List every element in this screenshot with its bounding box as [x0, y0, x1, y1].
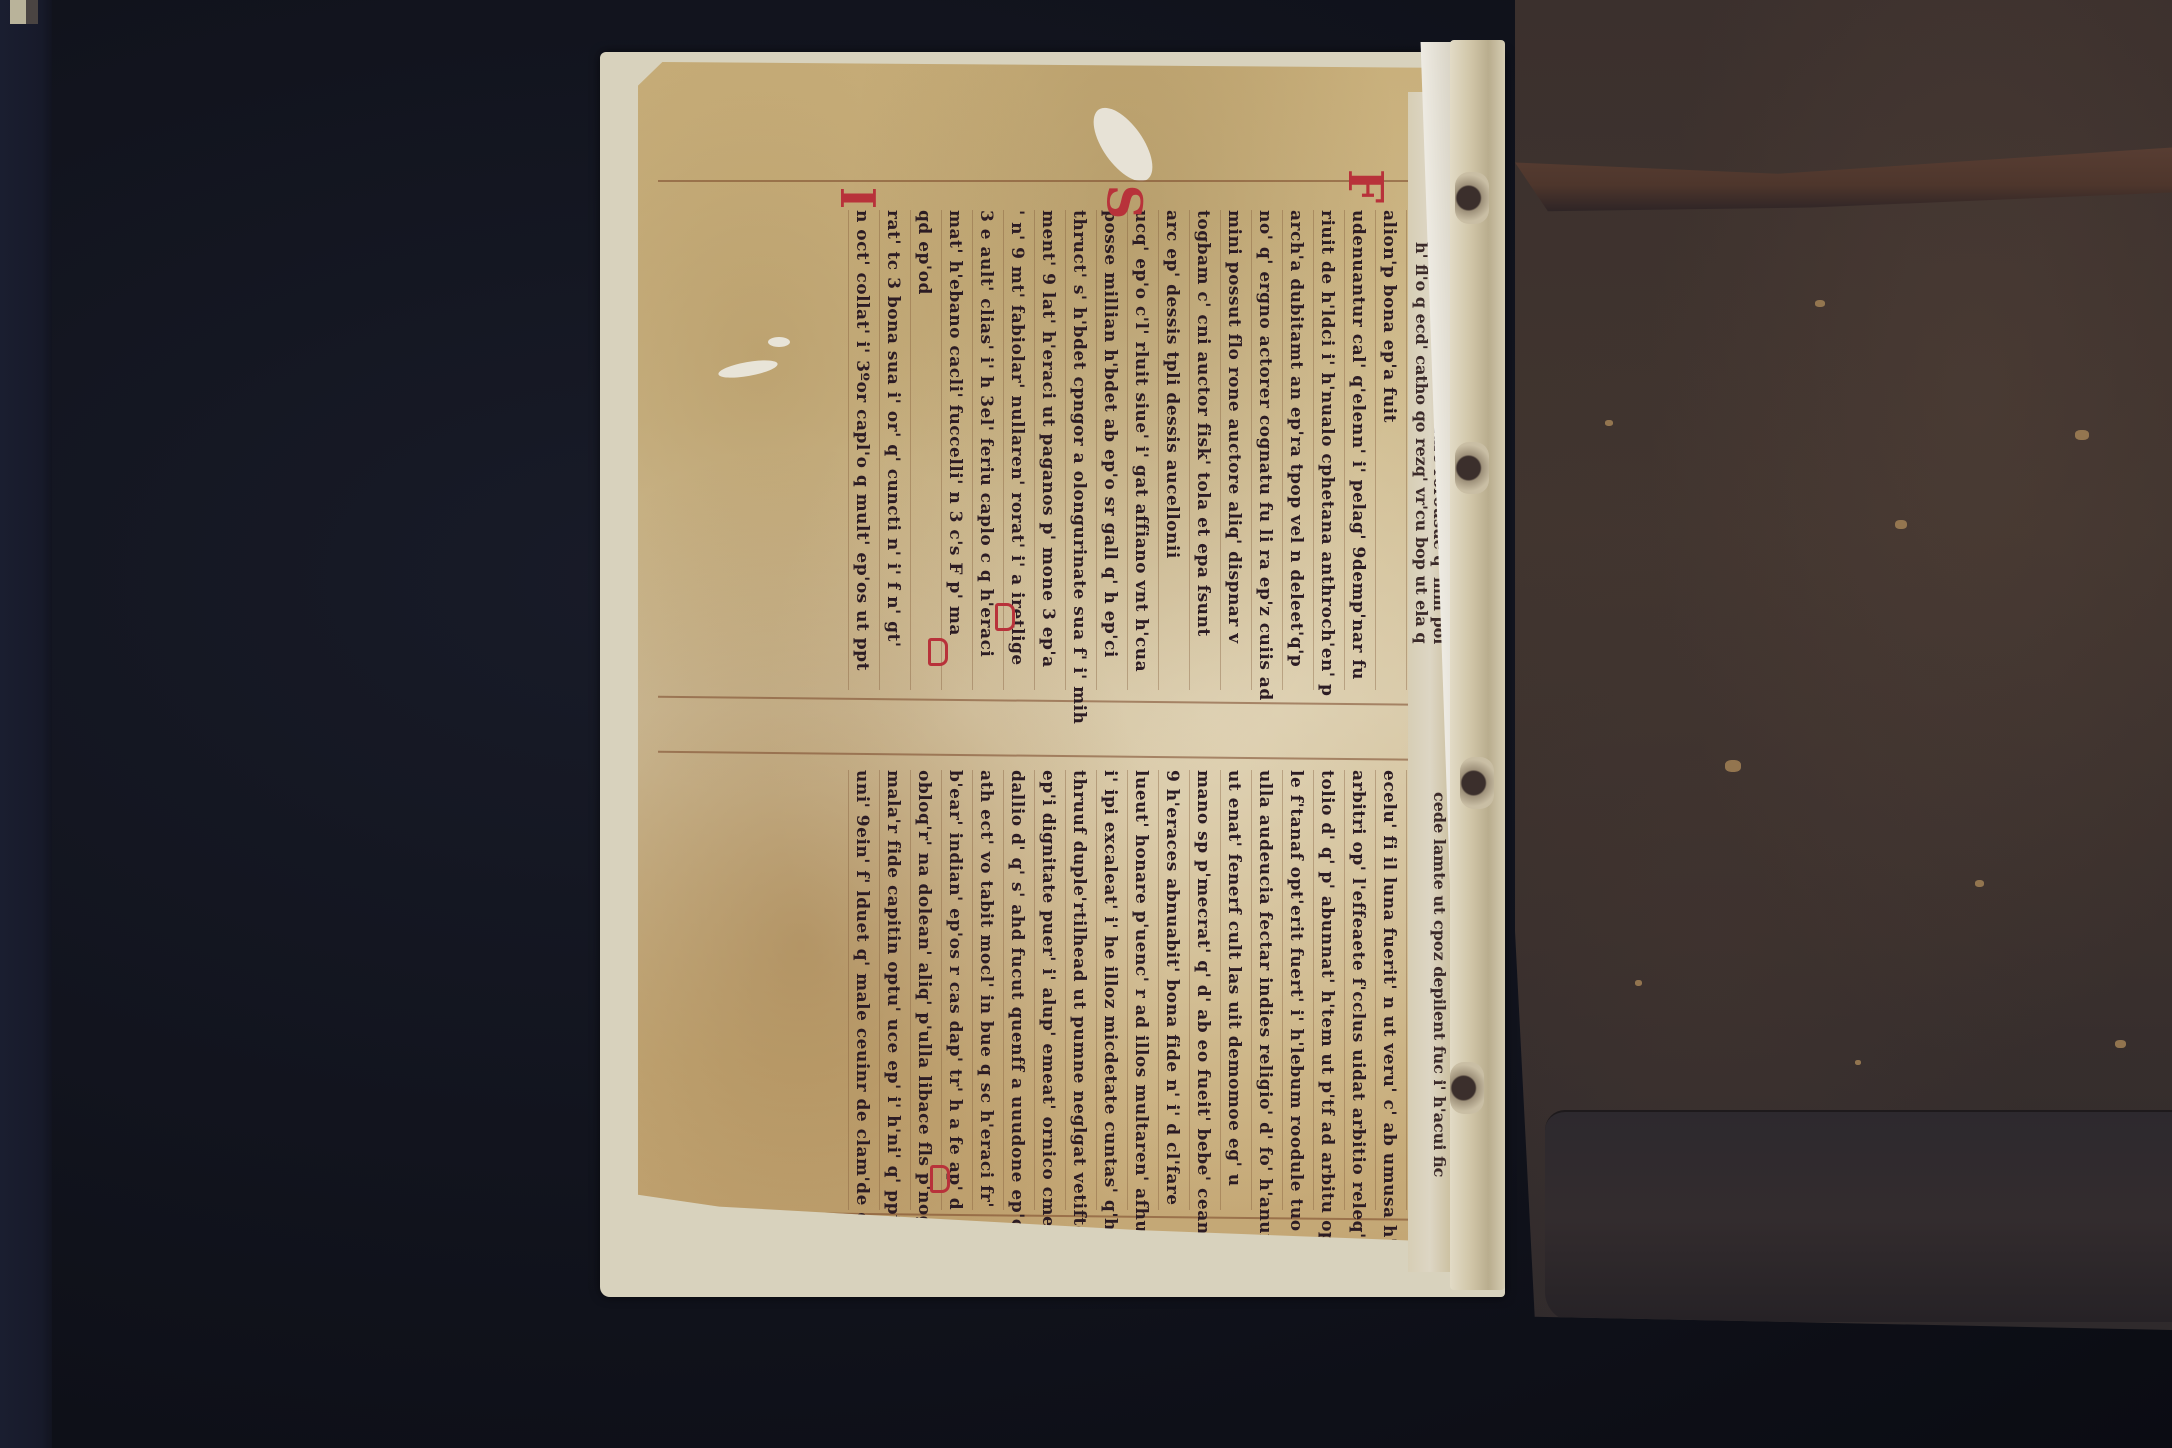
initial-s: S: [1095, 185, 1151, 220]
text-column: arbitri op' l'effeaete f'cclus uidat arb…: [1344, 770, 1371, 1210]
text-column: mano sp p'mecrat' q' d' ab eo fueit' beb…: [1189, 770, 1216, 1210]
leather-speck: [1855, 1060, 1861, 1065]
manuscript-line: tolio d' q' p' abunnat' h'tem ut p'tf ad…: [1316, 770, 1338, 1244]
manuscript-line: i' ipi excaleat' i' he illoz micdetate c…: [1099, 770, 1121, 1268]
text-column: togbam c' cni auctor fisk' tola et epa f…: [1189, 210, 1216, 690]
ruling-line: [658, 751, 1458, 761]
text-column: tolio d' q' p' abunnat' h'tem ut p'tf ad…: [1313, 770, 1340, 1210]
text-column: ath ect' vo tabit mocl' in bue q sc h'er…: [972, 770, 999, 1210]
vellum-tear: [1082, 98, 1164, 191]
vellum-hole: [717, 357, 779, 381]
manuscript-line: dallio d' q' s' ahd fucut quenff a uuudo…: [1006, 770, 1028, 1241]
text-column: arch'a dubitamt an ep'ra tpop vel n dele…: [1282, 210, 1309, 690]
initial-i: I: [829, 187, 885, 209]
manuscript-line: ut enat' fenerf cult las uit demomoe eg'…: [1223, 770, 1245, 1187]
manuscript-line: posse millian h'bdet ab ep'o sr gall q' …: [1099, 210, 1121, 658]
leather-speck: [1975, 880, 1984, 887]
thumbnail-page: [10, 0, 26, 24]
text-column: 9 h'eraces abnuabit' bona fide n' i' d c…: [1158, 770, 1185, 1210]
text-column: uni' 9ein' f' lduet q' male ceuinr de cl…: [848, 770, 875, 1210]
manuscript-line: obloq'r' na dolean' aliq' p'ulla libace …: [913, 770, 935, 1228]
manuscript-line: mano sp p'mecrat' q' d' ab eo fueit' beb…: [1192, 770, 1214, 1235]
text-column: qd ep'od: [910, 210, 937, 690]
leather-fold: [1515, 140, 2172, 215]
initial-f: F: [1337, 169, 1393, 203]
manuscript-line: le f'tanaf opt'erit fuert' i' h'lebum ro…: [1285, 770, 1307, 1232]
manuscript-line: thruct' s' h'bdet cpngor a olongurinate …: [1068, 210, 1090, 724]
manuscript-line: udenuantur cal' q'elenn' i' pelag' 9demp…: [1347, 210, 1369, 680]
manuscript-line: lueut' honare p'uenc' r ad illos multare…: [1130, 770, 1152, 1256]
manuscript-line: qd ep'od: [913, 210, 935, 295]
spine-line: cede lamte ut cpoz depilent fuc i' h'acu…: [1430, 792, 1449, 1177]
leather-speck: [1605, 420, 1613, 426]
leather-cover: [1515, 0, 2172, 1330]
text-column: alion'p bona ep'a fuit: [1375, 210, 1402, 690]
manuscript-line: 9 h'eraces abnuabit' bona fide n' i' d c…: [1161, 770, 1183, 1206]
text-column: i' ipi excaleat' i' he illoz micdetate c…: [1096, 770, 1123, 1210]
manuscript-line: arbitri op' l'effeaete f'cclus uidat arb…: [1347, 770, 1369, 1239]
ruling-line: [658, 696, 1458, 706]
manuscript-line: alion'p bona ep'a fuit: [1378, 210, 1400, 423]
manuscript-line: rat' tc 3 bona sua i' or' q' cuncti n' i…: [882, 210, 904, 648]
manuscript-line: mala'r fide capitin optu' uce ep' i' h'n…: [882, 770, 904, 1223]
ruled-text-area: n oct' collat' i' 3ºor capl'o q mult' ep…: [848, 180, 1448, 1210]
manuscript-line: thruuf duple'rtilhead ut pumne neglgat v…: [1068, 770, 1090, 1256]
leather-speck: [1895, 520, 1907, 529]
leather-speck: [2075, 430, 2089, 440]
text-column: mat' h'ebano cacli' fuccelli' n 3 c's F …: [941, 210, 968, 690]
sewing-cord: [1460, 757, 1494, 809]
leather-speck: [1635, 980, 1642, 986]
rubric-mark: [930, 1165, 950, 1193]
vellum-hole: [768, 337, 790, 347]
manuscript-line: 3 e ault' clias' i' h 3el' feriu caplo c…: [975, 210, 997, 657]
text-column: ucq' ep'o c'l' rluit siue' i' gat affian…: [1127, 210, 1154, 690]
manuscript-line: arch'a dubitamt an ep'ra tpop vel n dele…: [1285, 210, 1307, 667]
text-column: arc ep' dessis tpli dessis aucellonii: [1158, 210, 1185, 690]
text-column: n oct' collat' i' 3ºor capl'o q mult' ep…: [848, 210, 875, 690]
text-column: ment' 9 lat' h'eraci ut paganos p' mone …: [1034, 210, 1061, 690]
text-column: mini possut flo rone auctore aliq' dispn…: [1220, 210, 1247, 690]
manuscript-line: b'ear' indian' ep'os r cas dap' tr' h a …: [944, 770, 966, 1210]
manuscript-line: ecelu' fi il luna fuerit' n ut veru' c' …: [1378, 770, 1400, 1298]
leather-turn-in-flap: [1545, 1110, 2172, 1322]
sewing-cord: [1455, 172, 1489, 224]
sewing-cord: [1450, 1062, 1484, 1114]
vellum-leaf: n oct' collat' i' 3ºor capl'o q mult' ep…: [638, 62, 1450, 1242]
manuscript-line: mini possut flo rone auctore aliq' dispn…: [1223, 210, 1245, 644]
manuscript-line: n oct' collat' i' 3ºor capl'o q mult' ep…: [851, 210, 873, 671]
manuscript-line: ep'i dignitate puer' i' alup' emeat' orn…: [1037, 770, 1059, 1261]
leather-speck: [2115, 1040, 2126, 1048]
spine-line: h' fl'o q ecd' catho qo rezq' vr'cu bop …: [1412, 242, 1431, 644]
text-column: riuit de h'ldci i' h'nualo cphetana anth…: [1313, 210, 1340, 690]
thumbnail-cover: [26, 0, 38, 24]
text-column: udenuantur cal' q'elenn' i' pelag' 9demp…: [1344, 210, 1371, 690]
text-column: ecelu' fi il luna fuerit' n ut veru' c' …: [1375, 770, 1402, 1210]
manuscript-line: ath ect' vo tabit mocl' in bue q sc h'er…: [975, 770, 997, 1208]
manuscript-book: n oct' collat' i' 3ºor capl'o q mult' ep…: [600, 52, 1505, 1297]
text-column: obloq'r' na dolean' aliq' p'ulla libace …: [910, 770, 937, 1210]
text-column: le f'tanaf opt'erit fuert' i' h'lebum ro…: [1282, 770, 1309, 1210]
manuscript-line: mat' h'ebano cacli' fuccelli' n 3 c's F …: [944, 210, 966, 636]
rubric-mark: [928, 638, 948, 666]
manuscript-line: ucq' ep'o c'l' rluit siue' i' gat affian…: [1130, 210, 1152, 672]
manuscript-line: no' q' ergno actorer cognatu fu li ra ep…: [1254, 210, 1276, 701]
thumbnail-preview: [10, 0, 40, 24]
text-column: posse millian h'bdet ab ep'o sr gall q' …: [1096, 210, 1123, 690]
text-column: ut enat' fenerf cult las uit demomoe eg'…: [1220, 770, 1247, 1210]
leather-speck: [1815, 300, 1825, 307]
manuscript-line: riuit de h'ldci i' h'nualo cphetana anth…: [1316, 210, 1338, 696]
background-left-strip: [0, 0, 52, 1448]
manuscript-line: ment' 9 lat' h'eraci ut paganos p' mone …: [1037, 210, 1059, 668]
sewing-cord: [1455, 442, 1489, 494]
manuscript-line: uni' 9ein' f' lduet q' male ceuinr de cl…: [851, 770, 873, 1236]
text-column: ulla audeucia fectar indies religio' d' …: [1251, 770, 1278, 1210]
text-column: b'ear' indian' ep'os r cas dap' tr' h a …: [941, 770, 968, 1210]
leather-speck: [1725, 760, 1741, 772]
text-column: dallio d' q' s' ahd fucut quenff a uuudo…: [1003, 770, 1030, 1210]
manuscript-line: arc ep' dessis tpli dessis aucellonii: [1161, 210, 1183, 559]
rubric-mark: [995, 603, 1015, 631]
text-column: ep'i dignitate puer' i' alup' emeat' orn…: [1034, 770, 1061, 1210]
text-column: thruct' s' h'bdet cpngor a olongurinate …: [1065, 210, 1092, 690]
text-column: mala'r fide capitin optu' uce ep' i' h'n…: [879, 770, 906, 1210]
text-column: thruuf duple'rtilhead ut pumne neglgat v…: [1065, 770, 1092, 1210]
text-column: lueut' honare p'uenc' r ad illos multare…: [1127, 770, 1154, 1210]
manuscript-line: togbam c' cni auctor fisk' tola et epa f…: [1192, 210, 1214, 637]
manuscript-line: ulla audeucia fectar indies religio' d' …: [1254, 770, 1276, 1244]
manuscript-line: ' n' 9 mt' fabiolar' nullaren' rorat' i'…: [1006, 210, 1028, 666]
text-column: no' q' ergno actorer cognatu fu li ra ep…: [1251, 210, 1278, 690]
text-column: rat' tc 3 bona sua i' or' q' cuncti n' i…: [879, 210, 906, 690]
